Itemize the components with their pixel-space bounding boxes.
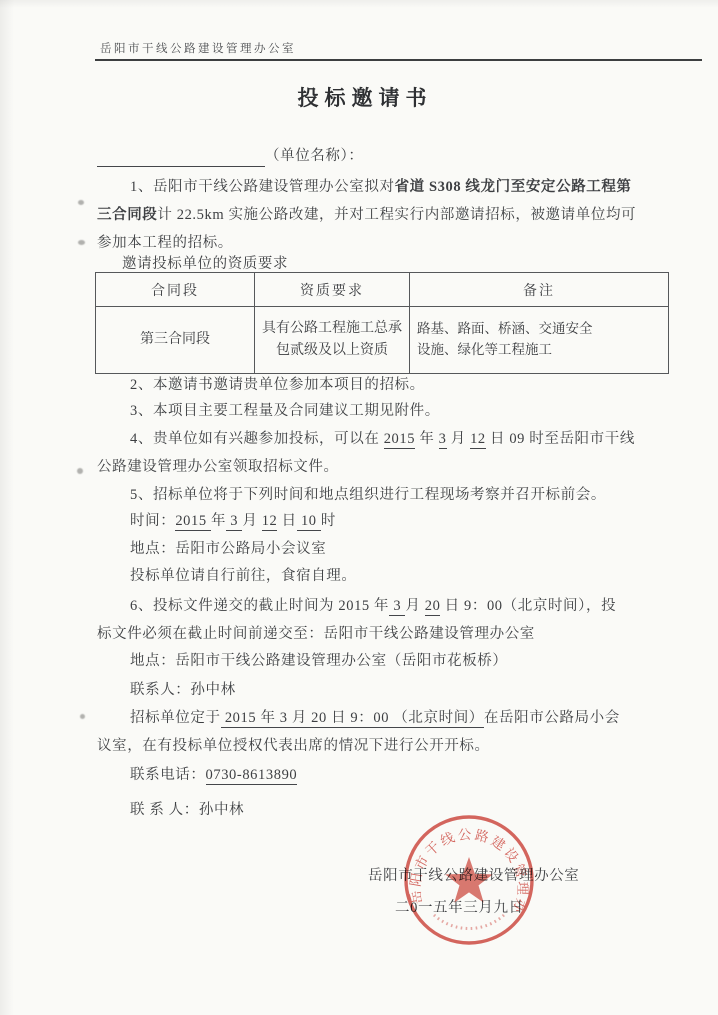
text-segment: 参加本工程的招标。 [97,235,233,251]
text-line: 议室，在有投标单位授权代表出席的情况下进行公开开标。 [97,736,490,757]
text-segment: 时间： [130,513,175,529]
document-title: 投标邀请书 [0,82,718,112]
text-segment: 招标单位定于 [130,710,221,726]
text-segment: 0730-8613890 [206,767,298,785]
text-line: 6、投标文件递交的截止时间为 2015 年 3 月 20 日 9：00（北京时间… [130,596,616,617]
text-line: 联系电话：0730-8613890 [130,765,297,786]
text-segment: 地点：岳阳市干线公路建设管理办公室（岳阳市花板桥） [130,653,508,669]
scan-edge-shadow [0,0,718,8]
table-header-row: 合同段资质要求备注 [96,273,669,307]
scan-edge-shadow [0,0,14,1015]
text-segment: 月 [242,513,261,529]
text-segment: 3、本项目主要工程量及合同建议工期见附件。 [130,403,440,419]
header-rule [95,59,702,61]
blank-underline [97,151,265,167]
text-segment: 月 [405,598,424,614]
seal-star-icon [445,857,493,903]
text-segment: 地点：岳阳市公路局小会议室 [130,541,326,557]
text-segment: 6、投标文件递交的截止时间为 2015 年 [130,598,389,614]
text-segment: 年 [211,513,226,529]
scanned-document-page: 岳阳市干线公路建设管理办公室 投标邀请书 （单位名称）：1、岳阳市干线公路建设管… [0,0,718,1015]
table-header-cell: 备注 [410,273,669,307]
text-segment: 联系电话： [130,767,206,783]
text-segment: 邀请投标单位的资质要求 [122,256,288,272]
text-segment: 2015 [384,431,415,449]
text-line: 投标单位请自行前往，食宿自理。 [130,566,357,587]
text-segment: 投标单位请自行前往，食宿自理。 [130,568,357,584]
text-line: 5、招标单位将于下列时间和地点组织进行工程现场考察并召开标前会。 [130,485,606,506]
text-segment: 日 9：00（北京时间），投 [440,598,616,614]
text-segment: 时 [321,513,336,529]
text-segment: 联 系 人：孙中林 [130,802,244,818]
text-segment: 日 [277,513,296,529]
text-line: 公路建设管理办公室领取招标文件。 [97,457,339,478]
table-cell: 第三合同段 [96,307,255,374]
text-segment: 在岳阳市公路局小会 [484,710,620,726]
text-line: 2、本邀请书邀请贵单位参加本项目的招标。 [130,375,425,396]
seal-org-text: 岳阳市干线公路建设管理办公室 [398,809,530,916]
text-segment: 2015 年 3 月 20 日 9：00 （北京时间） [221,710,484,728]
text-line: 招标单位定于 2015 年 3 月 20 日 9：00 （北京时间）在岳阳市公路… [130,708,620,729]
seal-code-marks [434,915,504,929]
text-line: 3、本项目主要工程量及合同建议工期见附件。 [130,401,440,422]
text-line: 1、岳阳市干线公路建设管理办公室拟对省道 S308 线龙门至安定公路工程第 [130,177,632,198]
text-line: （单位名称）： [97,146,363,167]
text-segment: 三合同段 [97,207,157,223]
text-line: 联 系 人：孙中林 [130,800,244,821]
text-line: 地点：岳阳市公路局小会议室 [130,539,326,560]
qualification-table: 合同段资质要求备注 第三合同段具有公路工程施工总承 包贰级及以上资质路基、路面、… [95,272,669,374]
text-segment: 12 [470,431,486,449]
page-header-org: 岳阳市干线公路建设管理办公室 [100,40,296,56]
text-segment: 2015 [175,513,211,531]
scan-speck [80,714,85,719]
text-segment: 1、岳阳市干线公路建设管理办公室拟对 [130,179,395,195]
text-line: 参加本工程的招标。 [97,233,233,254]
table-cell: 具有公路工程施工总承 包贰级及以上资质 [255,307,410,374]
table-cell: 路基、路面、桥涵、交通安全 设施、绿化等工程施工 [410,307,669,374]
text-segment: 省道 S308 线龙门至安定公路工程第 [395,179,632,195]
text-segment: 10 [297,513,321,531]
text-line: 地点：岳阳市干线公路建设管理办公室（岳阳市花板桥） [130,651,508,672]
text-segment: 5、招标单位将于下列时间和地点组织进行工程现场考察并召开标前会。 [130,487,606,503]
text-segment: 公路建设管理办公室领取招标文件。 [97,459,339,475]
text-line: 时间：2015 年 3 月 12 日 10 时 [130,511,336,532]
text-segment: （单位名称）： [265,148,363,164]
text-line: 三合同段计 22.5km 实施公路改建，并对工程实行内部邀请招标，被邀请单位均可 [97,205,636,226]
table-header-cell: 合同段 [96,273,255,307]
text-segment: 标文件必须在截止时间前递交至：岳阳市干线公路建设管理办公室 [97,626,535,642]
text-segment: 年 [415,431,439,447]
text-line: 4、贵单位如有兴趣参加投标，可以在 2015 年 3 月 12 日 09 时至岳… [130,429,635,450]
text-segment: 计 22.5km 实施公路改建，并对工程实行内部邀请招标，被邀请单位均可 [157,207,636,223]
official-red-seal: 岳阳市干线公路建设管理办公室 [398,809,540,951]
text-segment: 4、贵单位如有兴趣参加投标，可以在 [130,431,384,447]
text-segment: 3 [226,513,242,531]
text-segment: 月 [447,431,471,447]
text-segment: 3 [389,598,405,616]
text-segment: 日 09 时至岳阳市干线 [486,431,635,447]
text-segment: 2、本邀请书邀请贵单位参加本项目的招标。 [130,377,425,393]
text-segment: 20 [425,598,441,616]
text-segment: 联系人：孙中林 [130,682,236,698]
scan-speck [77,468,83,474]
text-segment: 3 [439,431,447,449]
text-line: 联系人：孙中林 [130,680,236,701]
text-segment: 12 [262,513,278,531]
table-header-cell: 资质要求 [255,273,410,307]
text-line: 标文件必须在截止时间前递交至：岳阳市干线公路建设管理办公室 [97,624,535,645]
scan-speck [78,200,84,205]
table-row: 第三合同段具有公路工程施工总承 包贰级及以上资质路基、路面、桥涵、交通安全 设施… [96,307,669,374]
scan-speck [78,240,85,245]
text-segment: 议室，在有投标单位授权代表出席的情况下进行公开开标。 [97,738,490,754]
